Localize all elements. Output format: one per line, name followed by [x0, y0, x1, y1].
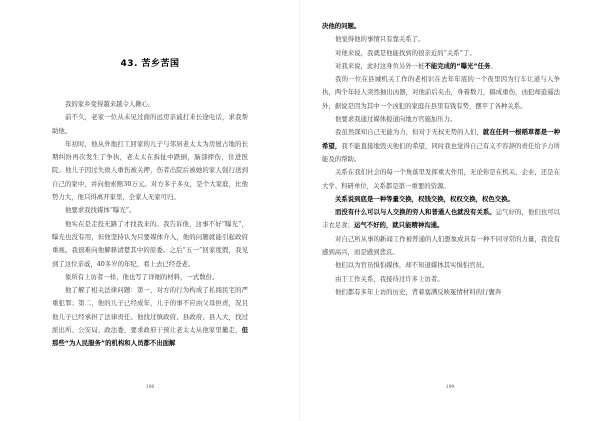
paragraph: 他实在是走投无路了才找我来的。我告诉他，这事不好“曝光”，曝光也没有用，但他坚持…: [52, 218, 248, 271]
bold-text: 不能完成的“曝光”任务: [424, 62, 490, 70]
paragraph: 他了解了相关法律问题：第一，对方的行为构成了私闯民宅的严重犯罪；第二，他的儿子已…: [52, 284, 248, 350]
right-page-body: 决他的问题。他觉得他的事情只有靠关系了。对他来说，我就是他能找到的很亲近的“关系…: [322, 20, 560, 299]
paragraph: 我虽然深知自己无能为力，但对于无权无势的人们，就在任何一根稻草都是一种希望，我不…: [322, 126, 560, 166]
right-page: 决他的问题。他觉得他的事情只有靠关系了。对他来说，我就是他能找到的很亲近的“关系…: [300, 0, 600, 421]
text-segment: 他们都有多年上访的历史，背着塞满反映冤情材料的行囊奔: [335, 288, 501, 296]
paragraph: 他要求我找媒体“曝光”。: [52, 204, 248, 217]
paragraph: 我的一位在县城机关工作的老相识在去年年底的一个夜里因为行车让道与人争执，两个年轻…: [322, 73, 560, 113]
chapter-title: 43. 苦乡苦国: [0, 56, 300, 69]
paragraph: 象所有上访者一样，他也写了详细的材料，一式数份。: [52, 271, 248, 284]
paragraph: 他觉得他的事情只有靠关系了。: [322, 33, 560, 46]
paragraph: 年初时，他从外地打工回家的儿子与邻居老太太为房屋占地的长期纠纷再次发生了争执，老…: [52, 138, 248, 204]
bold-text: 运气不好的，就只能精神沟通。: [354, 221, 443, 229]
paragraph: 对我来说，此时这身负另外一桩不能完成的“曝光”任务。: [322, 60, 560, 73]
paragraph: 关系说到底是一种等量交换，权钱交换，权权交换，权色交换。: [322, 193, 560, 206]
left-page: 43. 苦乡苦国 我的家乡变得越来越令人揪心。前不久，老家一位从未见过面的远房亲…: [0, 0, 300, 421]
paragraph: 前不久，老家一位从未见过面的远房亲戚打来长途电话，求我帮助他。: [52, 111, 248, 138]
text-segment: 关系在我们社会的每一个角落里发挥重大作用，无论你是在机关、企业，还是在大学、科研…: [322, 168, 560, 189]
text-segment: 我的一位在县城机关工作的老相识在去年年底的一个夜里因为行车让道与人争执，两个年轻…: [322, 75, 560, 110]
text-segment: 由于工作关系，我接待过许多上访者。: [335, 275, 444, 283]
text-segment: 他觉得他的事情只有靠关系了。: [335, 35, 424, 43]
paragraph: 关系在我们社会的每一个角落里发挥重大作用，无论你是在机关、企业，还是在大学、科研…: [322, 166, 560, 193]
text-segment: 我虽然深知自己无能为力，但对于无权无势的人们，: [335, 128, 483, 136]
text-segment: 他要求我通过媒体报道向地方官施加压力。: [335, 115, 456, 123]
paragraph: 他们都有多年上访的历史，背着塞满反映冤情材料的行囊奔: [322, 286, 560, 299]
text-segment: 对自己所从事的新闻工作被普通的人们想象成具有一种不同寻常的力量，我没有感到高兴，…: [322, 235, 560, 256]
bold-text: 决他的问题。: [322, 22, 360, 30]
paragraph: 决他的问题。: [322, 20, 560, 33]
paragraph: 对他来说，我就是他能找到的很亲近的“关系”了。: [322, 47, 560, 60]
paragraph: 对自己所从事的新闻工作被普通的人们想象成具有一种不同寻常的力量，我没有感到高兴，…: [322, 233, 560, 260]
text-segment: 他实在是走投无路了才找我来的。我告诉他，这事不好“曝光”，曝光也没有用，但他坚持…: [52, 220, 248, 268]
bold-text: 关系说到底是一种等量交换，权钱交换，权权交换，权色交换。: [335, 195, 514, 203]
paragraph: 而没有什么可以与人交换的穷人和普通人也就没有关系。运气好的，他们也可以丰衣足食；…: [322, 206, 560, 233]
text-segment: 我的家乡变得越来越令人揪心。: [65, 100, 154, 108]
text-segment: 我不能直接地毁灭他们的希望，同时我也觉得自己有义不容辞的责任给予力所能及的帮助。: [322, 142, 560, 163]
page-number-left: 198: [140, 385, 160, 390]
text-segment: 他们以为官员惧怕媒体，却不知道媒体其实惧怕官员。: [335, 261, 488, 269]
book-spread: 43. 苦乡苦国 我的家乡变得越来越令人揪心。前不久，老家一位从未见过面的远房亲…: [0, 0, 600, 421]
text-segment: 象所有上访者一样，他也写了详细的材料，一式数份。: [65, 273, 218, 281]
text-segment: 他要求我找媒体“曝光”。: [65, 206, 135, 214]
text-segment: 对他来说，我就是他能找到的很亲近的“关系”了。: [335, 49, 476, 57]
text-segment: 。: [490, 62, 496, 70]
paragraph: 他要求我通过媒体报道向地方官施加压力。: [322, 113, 560, 126]
page-number-right: 199: [440, 385, 460, 390]
text-segment: 年初时，他从外地打工回家的儿子与邻居老太太为房屋占地的长期纠纷再次发生了争执，老…: [52, 140, 248, 201]
text-segment: 前不久，老家一位从未见过面的远房亲戚打来长途电话，求我帮助他。: [52, 113, 248, 134]
paragraph: 我的家乡变得越来越令人揪心。: [52, 98, 248, 111]
paragraph: 由于工作关系，我接待过许多上访者。: [322, 273, 560, 286]
left-page-body: 我的家乡变得越来越令人揪心。前不久，老家一位从未见过面的远房亲戚打来长途电话，求…: [52, 98, 248, 351]
text-segment: 他了解了相关法律问题：第一，对方的行为构成了私闯民宅的严重犯罪；第二，他的儿子已…: [52, 286, 248, 334]
bold-text: 而没有什么可以与人交换的穷人和普通人也就没有关系。: [335, 208, 496, 216]
paragraph: 他们以为官员惧怕媒体，却不知道媒体其实惧怕官员。: [322, 259, 560, 272]
text-segment: 对我来说，此时这身负另外一桩: [335, 62, 424, 70]
